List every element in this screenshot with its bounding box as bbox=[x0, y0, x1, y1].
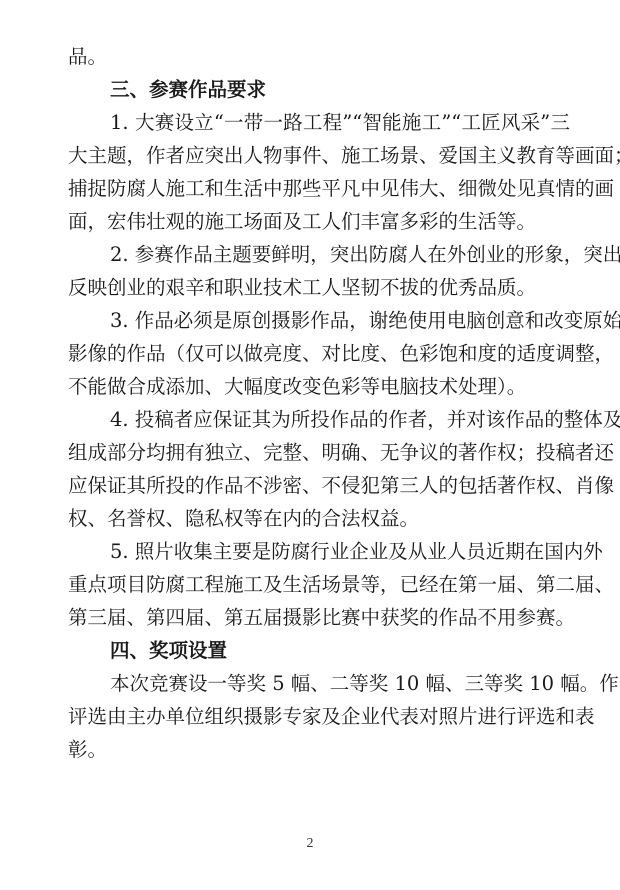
requirement-item-2: 2. 参赛作品主题要鲜明，突出防腐人在外创业的形象，突出 反映创业的艰辛和职业技… bbox=[68, 238, 570, 304]
paragraph-line: 3. 作品必须是原创摄影作品，谢绝使用电脑创意和改变原始 bbox=[68, 304, 570, 337]
paragraph-line: 2. 参赛作品主题要鲜明，突出防腐人在外创业的形象，突出 bbox=[68, 238, 570, 271]
section-4-heading: 四、奖项设置 bbox=[68, 634, 570, 667]
paragraph-line: 反映创业的艰辛和职业技术工人坚韧不拔的优秀品质。 bbox=[68, 271, 570, 304]
paragraph-line: 应保证其所投的作品不涉密、不侵犯第三人的包括著作权、肖像 bbox=[68, 469, 570, 502]
paragraph-line: 权、名誉权、隐私权等在内的合法权益。 bbox=[68, 502, 570, 535]
paragraph-line: 本次竞赛设一等奖 5 幅、二等奖 10 幅、三等奖 10 幅。作品 bbox=[68, 667, 570, 700]
paragraph-line: 1. 大赛设立“一带一路工程”“智能施工”“工匠风采”三 bbox=[68, 106, 570, 139]
requirement-item-1: 1. 大赛设立“一带一路工程”“智能施工”“工匠风采”三 大主题，作者应突出人物… bbox=[68, 106, 570, 238]
paragraph-line: 彰。 bbox=[68, 733, 570, 766]
awards-paragraph: 本次竞赛设一等奖 5 幅、二等奖 10 幅、三等奖 10 幅。作品 评选由主办单… bbox=[68, 667, 570, 766]
paragraph-line: 4. 投稿者应保证其为所投作品的作者，并对该作品的整体及 bbox=[68, 403, 570, 436]
paragraph-line: 第三届、第四届、第五届摄影比赛中获奖的作品不用参赛。 bbox=[68, 601, 570, 634]
section-3-heading: 三、参赛作品要求 bbox=[68, 73, 570, 106]
page-number: 2 bbox=[0, 836, 620, 852]
paragraph-line: 组成部分均拥有独立、完整、明确、无争议的著作权；投稿者还 bbox=[68, 436, 570, 469]
requirement-item-4: 4. 投稿者应保证其为所投作品的作者，并对该作品的整体及 组成部分均拥有独立、完… bbox=[68, 403, 570, 535]
document-page: 品。 三、参赛作品要求 1. 大赛设立“一带一路工程”“智能施工”“工匠风采”三… bbox=[68, 40, 570, 766]
paragraph-line: 面，宏伟壮观的施工场面及工人们丰富多彩的生活等。 bbox=[68, 205, 570, 238]
paragraph-line: 不能做合成添加、大幅度改变色彩等电脑技术处理）。 bbox=[68, 370, 570, 403]
carryover-text: 品。 bbox=[68, 40, 570, 73]
requirement-item-3: 3. 作品必须是原创摄影作品，谢绝使用电脑创意和改变原始 影像的作品（仅可以做亮… bbox=[68, 304, 570, 403]
paragraph-line: 重点项目防腐工程施工及生活场景等，已经在第一届、第二届、 bbox=[68, 568, 570, 601]
requirement-item-5: 5. 照片收集主要是防腐行业企业及从业人员近期在国内外 重点项目防腐工程施工及生… bbox=[68, 535, 570, 634]
paragraph-line: 评选由主办单位组织摄影专家及企业代表对照片进行评选和表 bbox=[68, 700, 570, 733]
paragraph-line: 捕捉防腐人施工和生活中那些平凡中见伟大、细微处见真情的画 bbox=[68, 172, 570, 205]
paragraph-line: 影像的作品（仅可以做亮度、对比度、色彩饱和度的适度调整， bbox=[68, 337, 570, 370]
paragraph-line: 大主题，作者应突出人物事件、施工场景、爱国主义教育等画面； bbox=[68, 139, 570, 172]
paragraph-line: 5. 照片收集主要是防腐行业企业及从业人员近期在国内外 bbox=[68, 535, 570, 568]
